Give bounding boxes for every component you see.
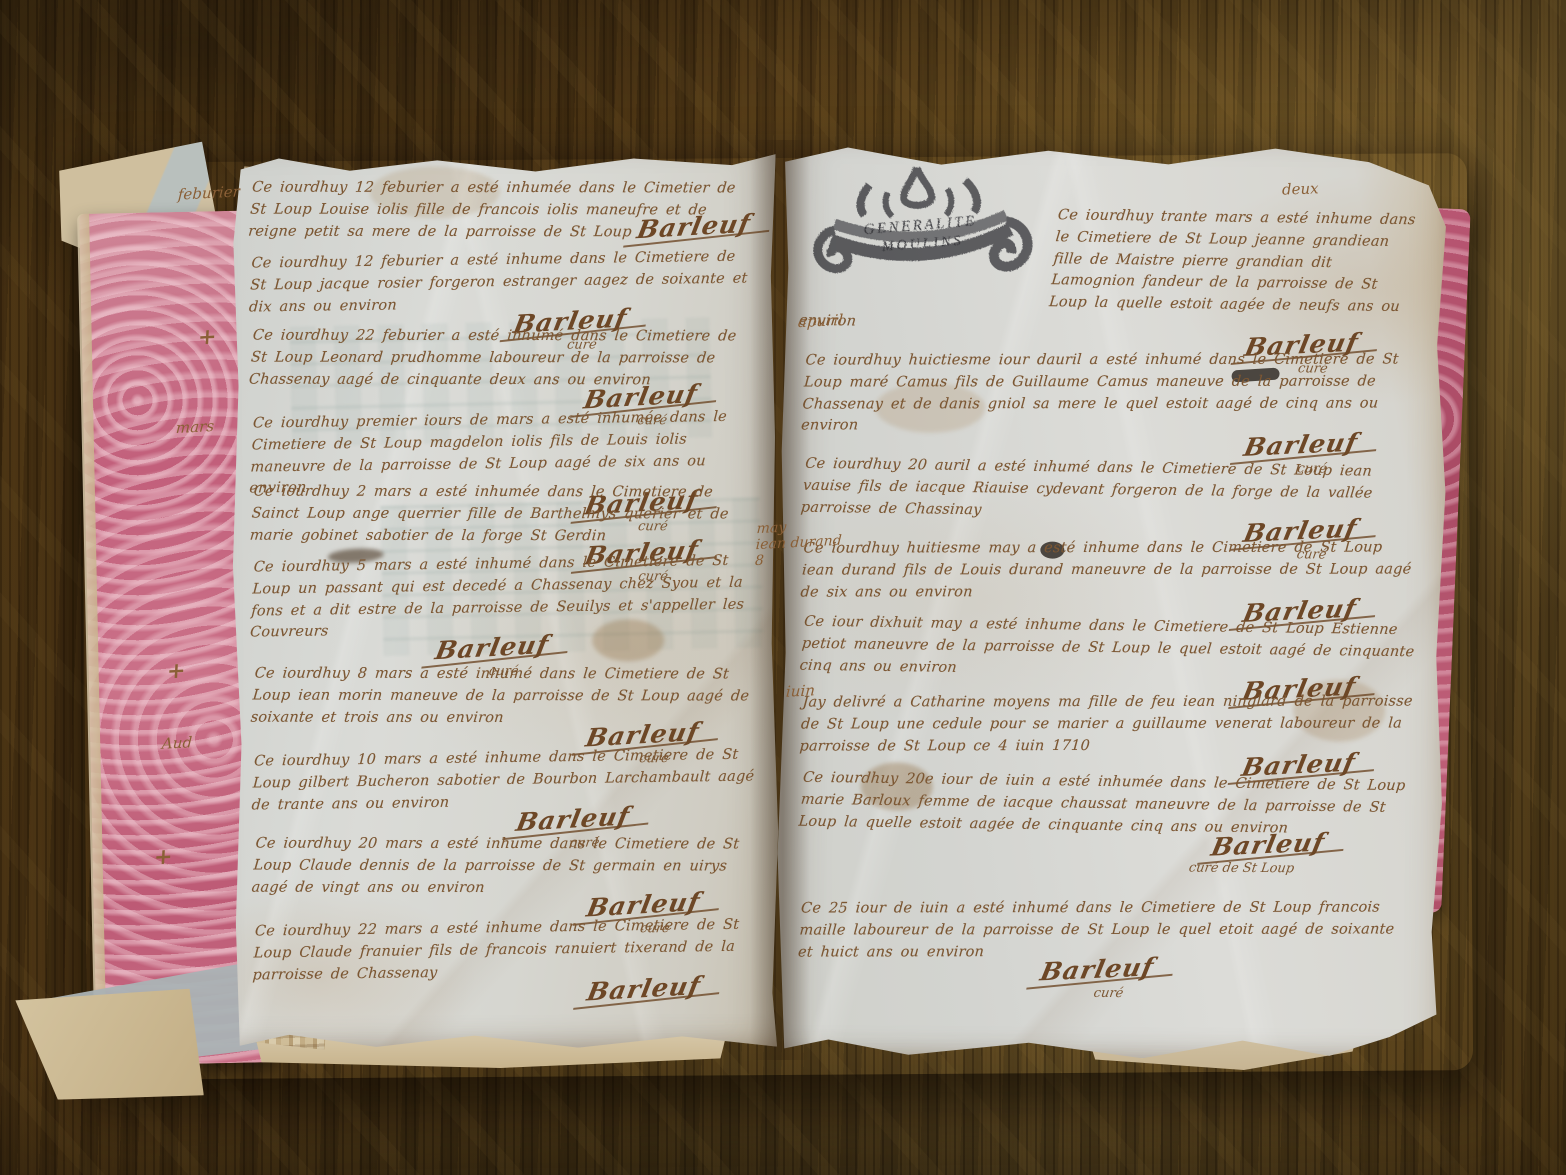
photo-scene: Ce iourdhuy 12 feburier a esté inhumée d… — [0, 0, 1566, 1175]
entry-text: Jay delivré a Catharine moyens ma fille … — [799, 691, 1418, 757]
entry-text: Ce iourdhuy 10 mars a esté inhume dans l… — [251, 744, 761, 816]
entry-text: Ce iourdhuy 12 feburier a esté inhume da… — [248, 246, 758, 318]
burial-entry: Ce iourdhuy 12 feburier a esté inhumée d… — [250, 177, 756, 244]
priest-signature: Barleuf — [1209, 828, 1328, 862]
burial-entry: Ce iourdhuy 5 mars a esté inhumé dans le… — [252, 553, 759, 681]
priest-signature: Barleuf — [514, 802, 633, 837]
entry-text: Ce iourdhuy trante mars a esté inhume da… — [798, 202, 1425, 341]
signature-title: curé — [798, 984, 1124, 1001]
marriage-certificate-entry: Jay delivré a Catharine moyens ma fille … — [801, 690, 1416, 781]
right-page: GENERALITE MOULINS Ce iourdhuy trante ma… — [775, 140, 1449, 1061]
entry-text: Ce iourdhuy huictiesme iour dauril a est… — [800, 349, 1420, 437]
signature-title: curé de St Loup — [799, 858, 1295, 876]
entry-text: Ce iourdhuy 5 mars a esté inhumé dans le… — [249, 550, 760, 644]
priest-signature: Barleuf — [585, 971, 704, 1006]
priest-signature: Barleuf — [1242, 428, 1361, 462]
entry-text: Ce iourdhuy huitiesme may a esté inhume … — [800, 537, 1419, 603]
burial-entry: Ce iourdhuy 22 mars a esté inhume dans l… — [254, 917, 760, 1006]
burial-entry: Ce iourdhuy 20e iour de iuin a esté inhu… — [800, 770, 1415, 878]
burial-entry: Ce 25 iour de iuin a esté inhumé dans le… — [799, 896, 1414, 1004]
priest-signature: Barleuf — [1038, 953, 1157, 987]
left-page: Ce iourdhuy 12 feburier a esté inhumée d… — [230, 151, 781, 1050]
priest-signature: Barleuf — [433, 630, 552, 665]
